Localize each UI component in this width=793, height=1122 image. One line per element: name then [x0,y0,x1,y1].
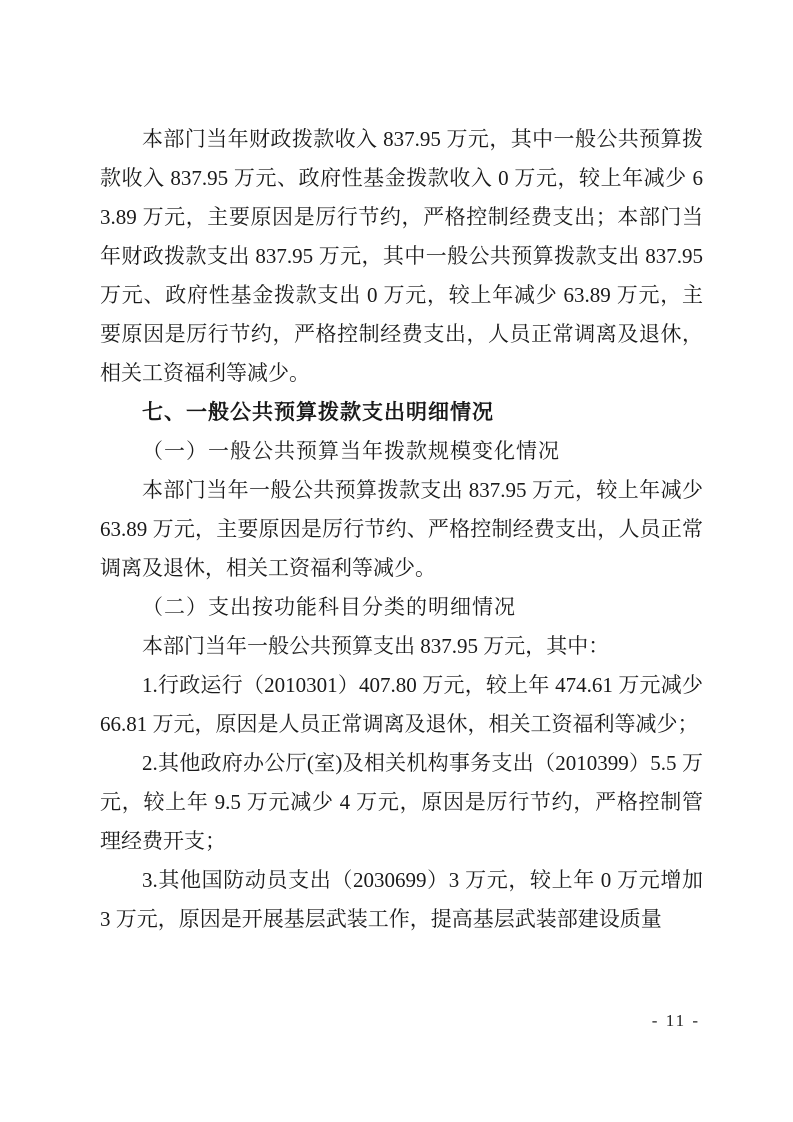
paragraph-item-1-administrative-operation: 1.行政运行（2010301）407.80 万元，较上年 474.61 万元减少… [100,666,703,744]
paragraph-fiscal-appropriation-summary: 本部门当年财政拨款收入 837.95 万元，其中一般公共预算拨款收入 837.9… [100,120,703,393]
document-body: 本部门当年财政拨款收入 837.95 万元，其中一般公共预算拨款收入 837.9… [100,120,703,939]
paragraph-expenditure-total-intro: 本部门当年一般公共预算支出 837.95 万元，其中： [100,627,703,666]
paragraph-budget-appropriation-expenditure: 本部门当年一般公共预算拨款支出 837.95 万元，较上年减少 63.89 万元… [100,471,703,588]
paragraph-item-3-other-national-defense-mobilization: 3.其他国防动员支出（2030699）3 万元，较上年 0 万元增加 3 万元，… [100,861,703,939]
section-heading-general-public-budget-expenditure-detail: 七、一般公共预算拨款支出明细情况 [100,393,703,432]
subheading-expenditure-by-functional-category: （二）支出按功能科目分类的明细情况 [100,588,703,627]
document-page: 本部门当年财政拨款收入 837.95 万元，其中一般公共预算拨款收入 837.9… [0,0,793,1122]
paragraph-item-2-other-government-office-affairs: 2.其他政府办公厅(室)及相关机构事务支出（2010399）5.5 万元，较上年… [100,744,703,861]
page-number: - 11 - [652,1010,700,1032]
subheading-appropriation-scale-change: （一）一般公共预算当年拨款规模变化情况 [100,432,703,471]
